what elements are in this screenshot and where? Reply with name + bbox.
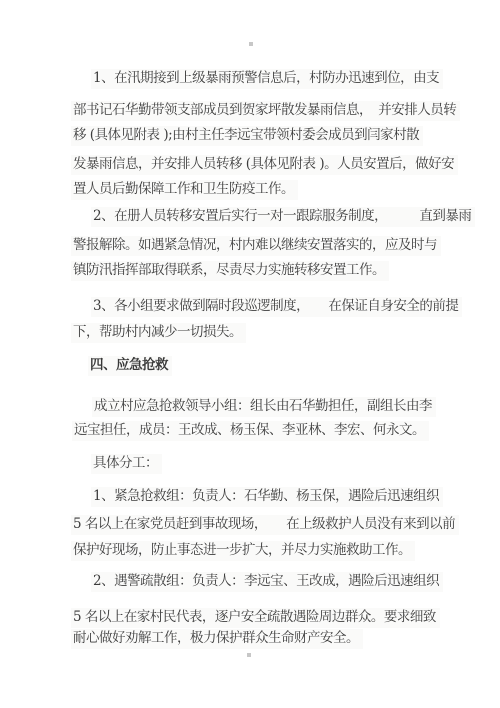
text-line: 成立村应急抢救领导小组：组长由石华勤担任，副组长由李 (92, 397, 436, 417)
text-line: 镇防汛指挥部取得联系，尽责尽力实施转移安置工作。 (71, 261, 389, 281)
text-line: 1、紧急抢救组：负责人：石华勤、杨玉保，遇险后迅速组织 (91, 487, 443, 507)
text-line: 警报解除。如遇紧急情况，村内难以继续安置落实的，应及时与 (71, 236, 441, 256)
scan-speck-icon (247, 653, 251, 657)
text-line: 保护好现场，防止事态进一步扩大，并尽力实施救助工作。 (71, 541, 415, 561)
text-line: 1、在汛期接到上级暴雨预警信息后，村防办迅速到位，由支 (91, 69, 443, 89)
text-line: 下，帮助村内减少一切损失。 (71, 323, 246, 343)
text-line: 远宝担任，成员：王改成、杨玉保、李亚林、李宏、何永文。 (72, 421, 429, 441)
text-line: 耐心做好劝解工作，极力保护群众生命财产安全。 (71, 629, 363, 649)
text-line: 3、各小组要求做到隔时段巡逻制度， 在保证自身安全的前提 (91, 297, 462, 317)
scan-speck-icon (249, 42, 253, 46)
text-line: 移 (具体见附表 );由村主任李远宝带领村委会成员到闫家村散 (71, 126, 423, 146)
section-heading: 四、应急抢救 (88, 356, 172, 376)
text-line: 2、在册人员转移安置后实行一对一跟踪服务制度， 直到暴雨 (91, 207, 475, 227)
text-line: 置人员后勤保障工作和卫生防疫工作。 (71, 180, 298, 200)
subsection-label: 具体分工： (91, 454, 162, 474)
text-line: 发暴雨信息，并安排人员转移 (具体见附表 )。人员安置后，做好安 (71, 155, 458, 175)
document-page: 1、在汛期接到上级暴雨预警信息后，村防办迅速到位，由支 部书记石华勤带领支部成员… (0, 0, 500, 708)
text-line: 5 名以上在家党员赶到事故现场， 在上级救护人员没有来到以前 (71, 515, 459, 535)
text-line: 5 名以上在家村民代表，逐户安全疏散遇险周边群众。要求细致 (71, 608, 440, 628)
text-line: 2、遇警疏散组：负责人：李远宝、王改成，遇险后迅速组织 (91, 572, 443, 592)
text-line: 部书记石华勤带领支部成员到贺家坪散发暴雨信息， 并安排人员转 (71, 101, 460, 121)
